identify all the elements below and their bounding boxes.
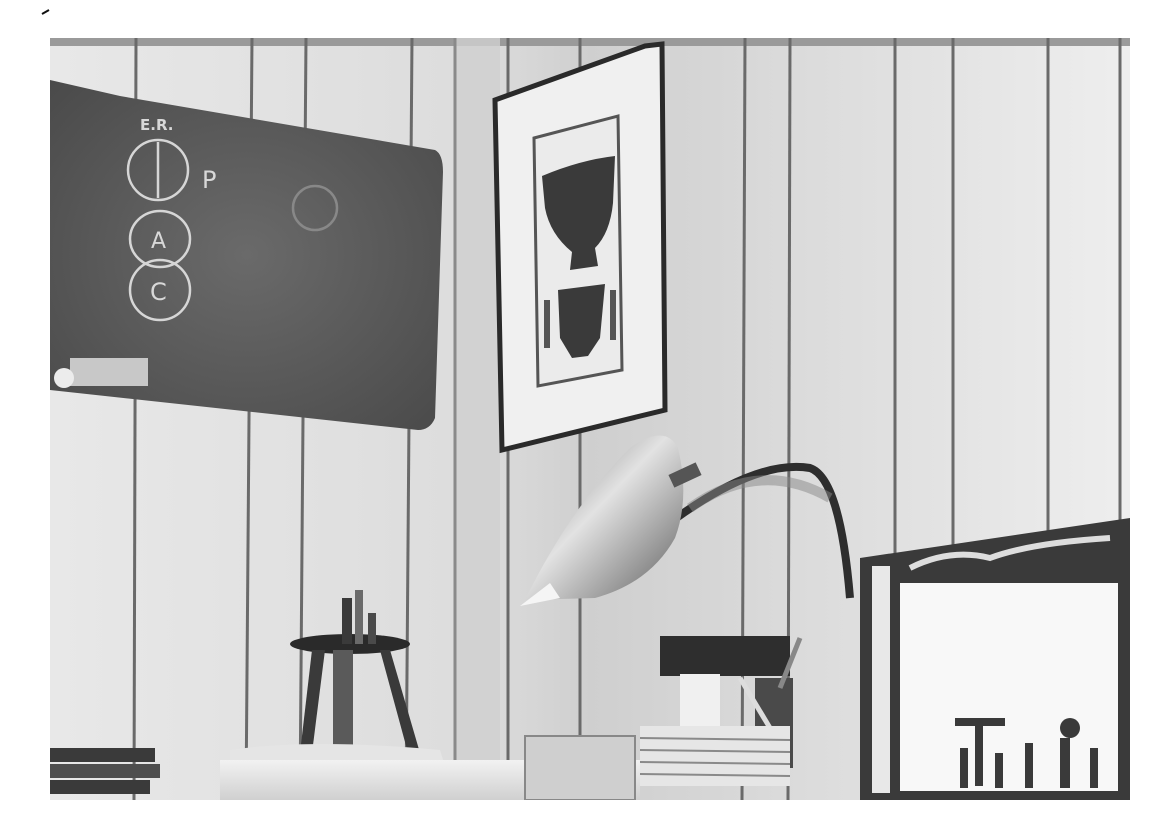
photograph: E.R. P A C xyxy=(50,38,1130,800)
eraser xyxy=(70,358,148,386)
framed-picture xyxy=(860,518,1130,800)
corner-mark xyxy=(40,0,54,6)
chalk-letter-c: C xyxy=(150,278,167,306)
chalk-letter-a: A xyxy=(151,229,166,254)
chalk-letter-p: P xyxy=(202,166,216,194)
chalk-initials: E.R. xyxy=(140,116,173,134)
book-stack xyxy=(50,748,160,794)
framed-vase-print xyxy=(495,44,665,450)
